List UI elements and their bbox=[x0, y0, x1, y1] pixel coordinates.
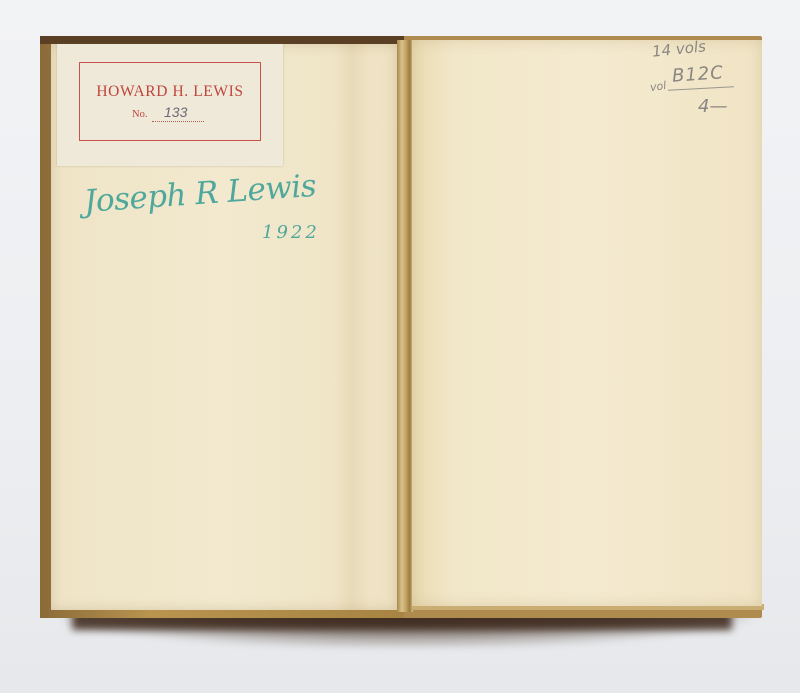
hinge-crease bbox=[334, 44, 370, 610]
cover-top-edge bbox=[40, 36, 404, 44]
bookplate-number-value: 133 bbox=[164, 104, 187, 120]
bookplate-owner-name: HOWARD H. LEWIS bbox=[80, 83, 260, 101]
bookplate-number-line bbox=[152, 121, 204, 122]
bookplate-number-label: No. bbox=[132, 109, 147, 120]
bookplate: HOWARD H. LEWIS No. 133 bbox=[79, 62, 261, 141]
book-gutter bbox=[397, 40, 413, 612]
pencil-note-code: B12C bbox=[671, 62, 724, 87]
pencil-note-vol: vol bbox=[649, 79, 667, 94]
flyleaf-page bbox=[412, 40, 762, 606]
handwritten-year: 1922 bbox=[262, 222, 320, 243]
pencil-note-price: 4— bbox=[698, 96, 727, 117]
